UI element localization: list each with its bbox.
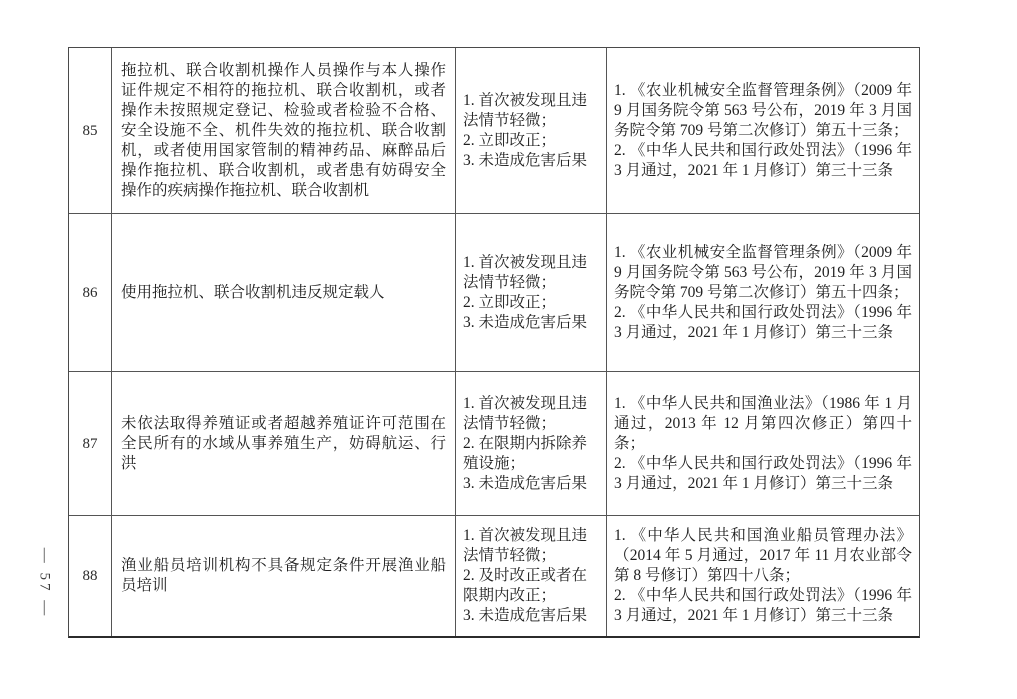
condition-item: 3. 未造成危害后果 bbox=[463, 606, 601, 626]
table-row-number-cell: 86 bbox=[69, 213, 111, 371]
violation-cell: 渔业船员培训机构不具备规定条件开展渔业船员培训 bbox=[111, 515, 455, 636]
condition-item: 1. 首次被发现且违法情节轻微； bbox=[463, 253, 601, 293]
page-number: — 57 — bbox=[36, 548, 53, 619]
condition-item: 2. 在限期内拆除养殖设施； bbox=[463, 434, 601, 474]
row-number: 87 bbox=[83, 434, 98, 454]
condition-item: 2. 立即改正； bbox=[463, 131, 601, 151]
table-row-number-cell: 87 bbox=[69, 371, 111, 515]
legal-basis-item: 1. 《农业机械安全监督管理条例》（2009 年 9 月国务院令第 563 号公… bbox=[614, 243, 912, 303]
condition-item: 3. 未造成危害后果 bbox=[463, 474, 601, 494]
table-row-number-cell: 88 bbox=[69, 515, 111, 636]
legal-basis-item: 2. 《中华人民共和国行政处罚法》（1996 年 3 月通过，2021 年 1 … bbox=[614, 141, 912, 181]
legal-basis-cell: 1. 《中华人民共和国渔业法》（1986 年 1 月通过，2013 年 12 月… bbox=[606, 371, 919, 515]
violation-cell: 拖拉机、联合收割机操作人员操作与本人操作证件规定不相符的拖拉机、联合收割机，或者… bbox=[111, 48, 455, 213]
row-number: 85 bbox=[83, 121, 98, 141]
condition-item: 2. 立即改正； bbox=[463, 293, 601, 313]
legal-basis-item: 2. 《中华人民共和国行政处罚法》（1996 年 3 月通过，2021 年 1 … bbox=[614, 303, 912, 343]
condition-item: 1. 首次被发现且违法情节轻微； bbox=[463, 91, 601, 131]
violation-text: 渔业船员培训机构不具备规定条件开展渔业船员培训 bbox=[121, 556, 446, 596]
table-row-number-cell: 85 bbox=[69, 48, 111, 213]
document-page: — 57 — 85 拖拉机、联合收割机操作人员操作与本人操作证件规定不相符的拖拉… bbox=[0, 0, 1017, 699]
legal-basis-item: 1. 《中华人民共和国渔业船员管理办法》（2014 年 5 月通过，2017 年… bbox=[614, 526, 912, 586]
violation-text: 使用拖拉机、联合收割机违反规定载人 bbox=[121, 283, 446, 303]
legal-basis-cell: 1. 《农业机械安全监督管理条例》（2009 年 9 月国务院令第 563 号公… bbox=[606, 213, 919, 371]
conditions-cell: 1. 首次被发现且违法情节轻微； 2. 立即改正； 3. 未造成危害后果 bbox=[455, 213, 606, 371]
violation-cell: 使用拖拉机、联合收割机违反规定载人 bbox=[111, 213, 455, 371]
violation-text: 未依法取得养殖证或者超越养殖证许可范围在全民所有的水域从事养殖生产，妨碍航运、行… bbox=[121, 414, 446, 474]
conditions-cell: 1. 首次被发现且违法情节轻微； 2. 在限期内拆除养殖设施； 3. 未造成危害… bbox=[455, 371, 606, 515]
violation-text: 拖拉机、联合收割机操作人员操作与本人操作证件规定不相符的拖拉机、联合收割机，或者… bbox=[121, 61, 446, 201]
conditions-cell: 1. 首次被发现且违法情节轻微； 2. 及时改正或者在限期内改正； 3. 未造成… bbox=[455, 515, 606, 636]
legal-basis-item: 1. 《中华人民共和国渔业法》（1986 年 1 月通过，2013 年 12 月… bbox=[614, 394, 912, 454]
violation-cell: 未依法取得养殖证或者超越养殖证许可范围在全民所有的水域从事养殖生产，妨碍航运、行… bbox=[111, 371, 455, 515]
legal-basis-item: 2. 《中华人民共和国行政处罚法》（1996 年 3 月通过，2021 年 1 … bbox=[614, 454, 912, 494]
row-number: 86 bbox=[83, 283, 98, 303]
violations-table: 85 拖拉机、联合收割机操作人员操作与本人操作证件规定不相符的拖拉机、联合收割机… bbox=[68, 47, 920, 638]
row-number: 88 bbox=[83, 566, 98, 586]
legal-basis-cell: 1. 《中华人民共和国渔业船员管理办法》（2014 年 5 月通过，2017 年… bbox=[606, 515, 919, 636]
conditions-cell: 1. 首次被发现且违法情节轻微； 2. 立即改正； 3. 未造成危害后果 bbox=[455, 48, 606, 213]
condition-item: 1. 首次被发现且违法情节轻微； bbox=[463, 394, 601, 434]
condition-item: 1. 首次被发现且违法情节轻微； bbox=[463, 526, 601, 566]
legal-basis-item: 2. 《中华人民共和国行政处罚法》（1996 年 3 月通过，2021 年 1 … bbox=[614, 586, 912, 626]
condition-item: 3. 未造成危害后果 bbox=[463, 151, 601, 171]
legal-basis-cell: 1. 《农业机械安全监督管理条例》（2009 年 9 月国务院令第 563 号公… bbox=[606, 48, 919, 213]
condition-item: 3. 未造成危害后果 bbox=[463, 313, 601, 333]
condition-item: 2. 及时改正或者在限期内改正； bbox=[463, 566, 601, 606]
legal-basis-item: 1. 《农业机械安全监督管理条例》（2009 年 9 月国务院令第 563 号公… bbox=[614, 81, 912, 141]
